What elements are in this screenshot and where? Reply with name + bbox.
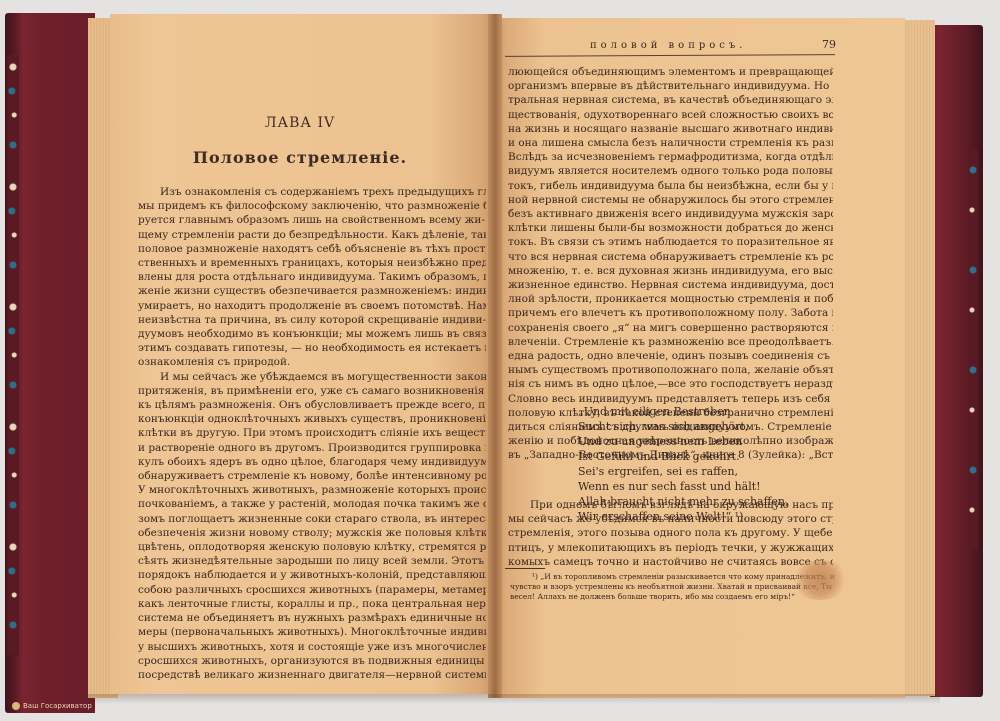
text-line: и раствореніе одного въ другомъ. Произво… [138, 441, 486, 455]
text-line: женіе жизни существъ обезпечивается разм… [138, 284, 486, 298]
marbled-endpaper-right [968, 150, 978, 550]
text-line: една радость, одно влеченіе, одинъ позыв… [508, 349, 833, 363]
text-line: ственныхъ и временныхъ границахъ, которы… [138, 256, 486, 270]
text-line: Sucht sich, was sich angehört, [578, 419, 789, 434]
text-line: видуумъ является носителемъ одного тольк… [508, 164, 833, 178]
text-line: нія съ нимъ въ одно цѣлое,—все это госпо… [508, 377, 833, 391]
text-line: и она лишена смысла безъ наличности стре… [508, 136, 833, 150]
text-line: Wenn es nur sech fasst und hält! [578, 479, 789, 494]
text-line: лной зрѣлости, проникается мощностью стр… [508, 292, 833, 306]
text-line: „Und mit eiligen Bestreben, [578, 404, 789, 419]
text-line: мы сейчасъ же убѣдимся въ наличности пов… [508, 512, 833, 526]
text-line: посредствѣ великаго жизненнаго двигателя… [138, 668, 486, 682]
text-line: Sei's ergreifen, sei es raffen, [578, 464, 789, 479]
text-line: стремленія, этого позыва одного пола къ … [508, 526, 833, 540]
text-line: При одномъ бѣгломъ взглядѣ на окружающую… [508, 498, 833, 512]
footnote-rule [505, 568, 545, 569]
text-line: тральная нервная система, въ качествѣ об… [508, 93, 833, 107]
watermark-text: Ваш Госархиватор [23, 702, 92, 710]
text-line: нымъ существомъ противоположнаго пола, ж… [508, 363, 833, 377]
left-page-body: Изъ ознакомленія съ содержаніемъ трехъ п… [138, 185, 486, 682]
text-line: обнаруживаетъ стремленіе къ новому, болѣ… [138, 469, 486, 483]
text-line: влены для роста отдѣльнаго индивидуума. … [138, 270, 486, 284]
text-line: сѣять жизнедѣятельные зародыши по лицу в… [138, 554, 486, 568]
text-line: конъюнкціи одноклѣточныхъ живыхъ существ… [138, 412, 486, 426]
page-shadow [80, 694, 940, 704]
text-line: кулъ обоихъ ядеръ въ одно цѣлое, благода… [138, 455, 486, 469]
text-line: причемъ его влечетъ къ противоположному … [508, 306, 833, 320]
chapter-title: Половое стремленіе. [150, 148, 450, 167]
book-gutter [488, 14, 502, 698]
text-line: зомъ поглощаетъ жизненные соки стараго с… [138, 512, 486, 526]
text-line: этимъ создавать гипотезы, — но необходим… [138, 341, 486, 355]
text-line: меры (первоначальныхъ животныхъ). Многок… [138, 625, 486, 639]
text-line: множенію, т. е. вся духовная жизнь индив… [508, 264, 833, 278]
text-line: весел! Аллахъ не долженъ больше творить,… [510, 592, 840, 602]
text-line: дуумовъ необходимо въ конъюнкціи; мы мож… [138, 327, 486, 341]
text-line: мы придемъ къ философскому заключенію, ч… [138, 199, 486, 213]
text-line: Ist Gefühl und Blick gekehrt. [578, 449, 789, 464]
right-page-paragraph: При одномъ бѣгломъ взглядѣ на окружающую… [508, 498, 833, 569]
text-line: клѣтки лишены были-бы возможности добрат… [508, 221, 833, 235]
text-line: Вслѣдъ за исчезновеніемъ гермафродитизма… [508, 150, 833, 164]
text-line: организмъ впервые въ дѣйствительнаго инд… [508, 79, 833, 93]
watermark: Ваш Госархиватор [12, 702, 92, 710]
text-line: система не объединяетъ въ нужныхъ размѣр… [138, 611, 486, 625]
text-line: И мы сейчасъ же убѣждаемся въ могуществе… [138, 370, 486, 384]
text-line: какъ ленточные глисты, кораллы и пр., по… [138, 597, 486, 611]
text-line: почкованіемъ, а также у растеній, молода… [138, 497, 486, 511]
watermark-logo-icon [12, 702, 20, 710]
text-line: руется главнымъ образомъ лишь на свойств… [138, 213, 486, 227]
marbled-endpaper-left [7, 55, 19, 655]
text-line: комыхъ самецъ точно и настойчиво не счит… [508, 555, 833, 569]
text-line: у высшихъ животныхъ, хотя и состоящіе уж… [138, 640, 486, 654]
text-line: собою различныхъ сросшихся животныхъ (па… [138, 583, 486, 597]
text-line: щему стремленіи расти до безпредѣльности… [138, 228, 486, 242]
text-line: ной нервной системы не обнаружилось бы э… [508, 193, 833, 207]
text-line: неизвѣстна та причина, въ силу которой с… [138, 313, 486, 327]
text-line: влеченіи. Стремленіе къ размноженію все … [508, 335, 833, 349]
text-line: умираетъ, но находитъ продолженіе въ сво… [138, 299, 486, 313]
text-line: ознакомленія съ природой. [138, 355, 486, 369]
text-line: половое размноженіе находятъ себѣ объясн… [138, 242, 486, 256]
chapter-number: ЛАВА IV [150, 115, 450, 131]
text-line: къ цѣлямъ размноженія. Онъ обусловливает… [138, 398, 486, 412]
text-line: обезпеченія жизни новому стволу; мужскія… [138, 526, 486, 540]
text-line: на жизнь и носящаго названіе высшаго жив… [508, 122, 833, 136]
text-line: безъ активнаго движенія всего индивидуум… [508, 207, 833, 221]
text-line: цвѣтень, оплодотворяя женскую половую кл… [138, 540, 486, 554]
page-number: 79 [822, 38, 836, 51]
text-line: жизненное единство. Нервная система инди… [508, 278, 833, 292]
text-line: токъ, гибель индивидуума была бы неизбѣж… [508, 179, 833, 193]
text-line: У многоклѣточныхъ животныхъ, размноженіе… [138, 483, 486, 497]
page-edges-right [900, 20, 935, 696]
text-line: сросшихся животныхъ, организуются въ под… [138, 654, 486, 668]
paper-stain [790, 560, 850, 600]
text-line: порядокъ наблюдается и у животныхъ-колон… [138, 568, 486, 582]
text-line: притяженія, въ примѣненіи его, уже съ са… [138, 384, 486, 398]
text-line: Und zu ungemess'nem Leben [578, 434, 789, 449]
text-line: ществованія, одухотвореннаго всей сложно… [508, 108, 833, 122]
text-line: токъ. Въ связи съ этимъ наблюдается то п… [508, 235, 833, 249]
text-line: Изъ ознакомленія съ содержаніемъ трехъ п… [138, 185, 486, 199]
running-head: половой вопросъ. [590, 40, 746, 51]
text-line: сохраненія своего „я“ на мигъ совершенно… [508, 321, 833, 335]
text-line: птицъ, у млекопитающихъ въ періодъ течки… [508, 541, 833, 555]
text-line: люющейся объединяющимъ элементомъ и прев… [508, 65, 833, 79]
text-line: клѣтки въ другую. При этомъ происходитъ … [138, 426, 486, 440]
text-line: что вся нервная система обнаруживаетъ ст… [508, 250, 833, 264]
